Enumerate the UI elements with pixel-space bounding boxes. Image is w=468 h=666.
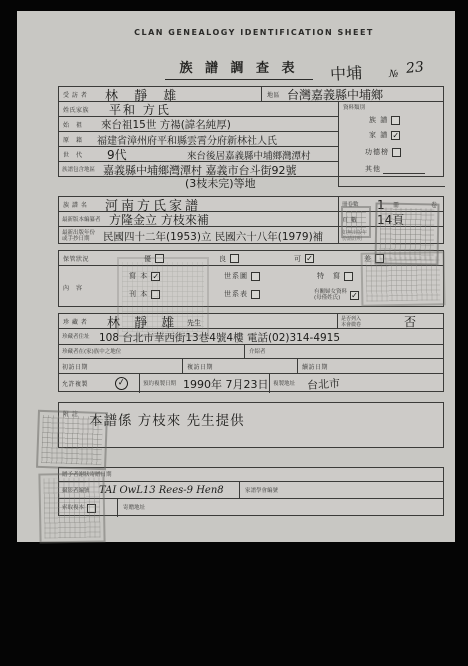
row-thanks-date: 贈予者謝狀寄贈日期: [59, 468, 443, 482]
ancestor-value: 來台祖15世 方禓(諱名純厚): [101, 117, 231, 132]
region-label: 地區: [267, 90, 280, 99]
holder-label: 珍 藏 者: [63, 317, 87, 326]
society-number-label: 家譜學會編號: [245, 488, 278, 494]
origin-value: 福建省漳州府平和縣雲霄分府新林社人氏: [97, 132, 277, 147]
content-feature: 特 寫: [317, 271, 341, 281]
copy-place-value: 台北市: [306, 374, 340, 392]
row-copy-permission: 允許複製 ✓ 預約複製日期 1990年 7月23日 複製地址 台北市: [59, 374, 443, 393]
scanned-photo-frame: CLAN GENEALOGY IDENTIFICATION SHEET 族 譜 …: [0, 0, 468, 666]
copy-place-label: 複製地址: [273, 381, 295, 387]
ancestor-label: 始 祖: [63, 120, 83, 129]
remarks-text: 本譜係 方枝來 先生提供: [89, 409, 245, 429]
second-visit-label: 複訪日期: [187, 362, 213, 371]
form-number-label: №: [389, 69, 398, 80]
form-number: 23: [405, 59, 424, 77]
category-other-line: [383, 164, 425, 174]
compiler-value: 方隆金立 方枝來補: [109, 211, 209, 228]
row-position-introducer: 珍藏者在(家)族中之地位 介紹者: [59, 345, 443, 359]
content-pedigree-table: 世系表: [224, 289, 248, 299]
generations-label: 世 代: [63, 150, 83, 159]
pubdate-label-2: 或手抄日期: [62, 236, 95, 242]
seal-stamp: [36, 410, 108, 470]
checkbox-feature: [344, 272, 353, 281]
third-visit-label: 續訪日期: [302, 362, 328, 371]
divider: [297, 359, 298, 374]
banner-title: CLAN GENEALOGY IDENTIFICATION SHEET: [17, 28, 455, 37]
checkbox-pedigree-table: [251, 290, 260, 299]
category-panel: 資料類別 族 譜 家 譜✓ 功德榜 其他: [338, 102, 445, 187]
microfilm-value: 否: [404, 313, 416, 330]
footer-table: 贈予者謝狀寄贈日期 攝影者編號 TAI OwL13 Rees-9 Hen8 家譜…: [58, 467, 444, 516]
remarks-box: 附 註 本譜係 方枝來 先生提供: [58, 402, 444, 448]
divider: [337, 314, 338, 329]
family-label: 姓氏家族: [63, 105, 89, 114]
gift-address-label: 寄贈地址: [123, 505, 145, 511]
row-ancestor: 始 祖 來台祖15世 方禓(諱名純厚): [59, 117, 338, 132]
checkbox-fair: ✓: [305, 254, 314, 263]
locality-annotation: 中埔: [329, 60, 362, 85]
checkbox-women-data: ✓: [350, 291, 359, 300]
divider: [117, 499, 118, 517]
book-name-label: 族 譜 名: [63, 200, 87, 209]
category-item-zupu: 族 譜: [369, 115, 388, 125]
basic-info-table: 受 訪 者 林 靜 雄 地區 台灣嘉義縣中埔鄉 姓氏家族 平和 方氏 始 祖 來…: [58, 86, 444, 177]
checkbox-gongdebang: [392, 148, 401, 157]
seal-stamp: [38, 472, 105, 543]
copy-date-label: 預約複製日期: [143, 381, 176, 387]
coverage-value-line2: (3枝未完)等地: [185, 175, 256, 191]
row-photographer: 攝影者編號 TAI OwL13 Rees-9 Hen8 家譜學會編號: [59, 482, 443, 499]
category-item-gongdebang: 功德榜: [365, 147, 389, 157]
row-family: 姓氏家族 平和 方氏: [59, 102, 338, 117]
compiler-label: 最新版本編纂者: [62, 217, 101, 223]
region-value: 台灣嘉義縣中埔鄉: [287, 86, 383, 103]
category-item-jiapu: 家 譜: [369, 130, 388, 140]
pubdate-value: 民國四十二年(1953)立 民國六十八年(1979)補: [103, 229, 323, 244]
holder-address-label: 珍藏者住址: [62, 334, 90, 340]
permission-check-icon: ✓: [114, 376, 129, 391]
divider: [269, 374, 270, 393]
category-label: 資料類別: [343, 105, 365, 111]
holder-table: 珍 藏 者 林 靜 雄 先生 是否列入 本會微卷 否 珍藏者住址 108 台北市…: [58, 313, 444, 392]
divider: [139, 374, 140, 393]
form-title: 族 譜 調 查 表: [165, 57, 313, 80]
condition-good: 良: [219, 254, 227, 264]
generations-note: 來台後居嘉義縣中埔鄉灣潭村: [187, 148, 311, 162]
divider: [244, 345, 245, 359]
seal-stamp: [341, 206, 371, 238]
checkbox-jiapu: ✓: [391, 131, 400, 140]
divider: [239, 482, 240, 499]
checkbox-zupu: [391, 116, 400, 125]
introducer-label: 介紹者: [249, 349, 266, 355]
row-generations: 世 代 9代 來台後居嘉義縣中埔鄉灣潭村: [59, 147, 338, 162]
interviewee-label: 受 訪 者: [63, 90, 87, 99]
row-origin: 原 籍 福建省漳州府平和縣雲霄分府新林社人氏: [59, 132, 338, 147]
content-women-sub: (母僅姓氏): [314, 295, 347, 301]
category-other-label: 其他: [365, 164, 381, 174]
row-visit-dates: 初訪日期 複訪日期 續訪日期: [59, 359, 443, 374]
holder-position-label: 珍藏者在(家)族中之地位: [62, 349, 121, 355]
copy-date-value: 1990年 7月23日: [183, 376, 269, 392]
photographer-number: TAI OwL13 Rees-9 Hen8: [99, 485, 224, 496]
row-request-copy: 索取複本 寄贈地址: [59, 499, 443, 517]
content-label: 內 容: [63, 283, 83, 292]
scan-page: CLAN GENEALOGY IDENTIFICATION SHEET 族 譜 …: [17, 11, 455, 542]
permission-label: 允許複製: [62, 379, 88, 388]
divider: [182, 359, 183, 374]
seal-stamp: [117, 257, 209, 337]
divider: [261, 87, 262, 101]
microfilm-label-1: 是否列入: [341, 316, 361, 322]
family-value: 平和 方氏: [109, 101, 171, 118]
checkbox-pedigree-chart: [251, 272, 260, 281]
condition-fair: 可: [294, 254, 302, 264]
condition-label: 保管狀況: [63, 254, 89, 263]
first-visit-label: 初訪日期: [62, 362, 88, 371]
origin-label: 原 籍: [63, 135, 83, 144]
generations-value: 9代: [107, 146, 127, 163]
microfilm-label-2: 本會微卷: [341, 322, 361, 328]
coverage-label: 族譜包含地區: [62, 167, 95, 173]
row-interviewee: 受 訪 者 林 靜 雄 地區 台灣嘉義縣中埔鄉: [59, 87, 443, 102]
checkbox-good: [230, 254, 239, 263]
seal-stamp: [361, 251, 446, 306]
content-pedigree-chart: 世系圖: [224, 271, 248, 281]
